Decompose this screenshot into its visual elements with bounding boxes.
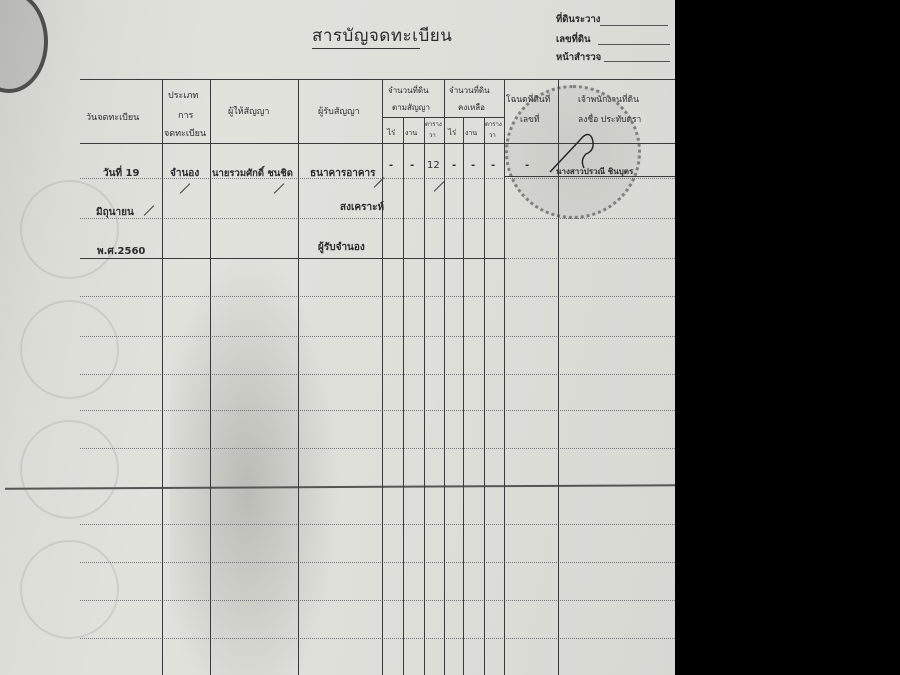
- header-contract-ngan: งาน: [405, 128, 417, 139]
- header-type-3: จดทะเบียน: [164, 126, 206, 140]
- row-divider: [80, 638, 675, 639]
- header-contract-sqwa-2: วา: [429, 130, 436, 140]
- header-contract-sqwa-1: ตาราง: [425, 119, 442, 129]
- column-divider: [463, 117, 464, 675]
- row-divider: [80, 562, 675, 563]
- meta-land-sheet-line: [600, 25, 668, 26]
- header-contract-rai: ไร่: [387, 126, 395, 139]
- header-grantee: ผู้รับสัญญา: [318, 104, 360, 118]
- entry-grantee-1: ธนาคารอาคาร: [310, 166, 376, 181]
- corner-official-stamp: [0, 0, 48, 93]
- header-type-1: ประเภท: [168, 88, 198, 102]
- column-divider: [210, 79, 211, 675]
- header-area-contract-1: จำนวนที่ดิน: [388, 84, 429, 97]
- entry-grantor: นายรวมศักดิ์ ชนชิด: [212, 166, 293, 181]
- column-divider: [382, 79, 383, 675]
- column-divider: [484, 117, 485, 675]
- entry-remaining-ngan: -: [471, 160, 475, 171]
- row-divider: [505, 258, 675, 259]
- meta-land-number-label: เลขที่ดิน: [556, 32, 591, 47]
- column-divider: [403, 117, 404, 675]
- row-divider: [80, 218, 675, 219]
- column-divider: [424, 117, 425, 675]
- hand-shadow: [170, 250, 340, 675]
- header-remaining-rai: ไร่: [448, 126, 456, 139]
- document-title: สารบัญจดทะเบียน: [312, 22, 452, 49]
- column-divider: [298, 79, 299, 675]
- row-divider: [80, 448, 675, 449]
- row-divider: [80, 524, 675, 525]
- check-tick: [180, 183, 191, 194]
- area-subheader-line: [382, 117, 504, 118]
- header-date: วันจดทะเบียน: [86, 110, 139, 124]
- table-top-border: [80, 79, 675, 80]
- meta-survey-page-line: [604, 61, 670, 62]
- entry-remaining-sqwa: -: [491, 160, 495, 171]
- column-divider: [504, 79, 505, 675]
- entry-grantee-3: ผู้รับจำนอง: [318, 240, 365, 255]
- header-area-contract-2: ตามสัญญา: [392, 101, 430, 114]
- column-divider: [444, 79, 445, 675]
- entry-contract-rai: -: [389, 160, 393, 171]
- check-tick: [274, 183, 285, 194]
- row-divider: [80, 336, 675, 337]
- header-type-2: การ: [178, 108, 193, 122]
- bleed-through-stamp: [20, 540, 119, 639]
- entry-type: จำนอง: [170, 166, 199, 181]
- row-divider: [80, 600, 675, 601]
- entry-date-day: วันที่ 19: [103, 166, 139, 181]
- row-divider: [80, 410, 675, 411]
- header-area-remaining-1: จำนวนที่ดิน: [449, 84, 490, 97]
- bleed-through-stamp: [20, 420, 119, 519]
- title-underline: [312, 48, 420, 49]
- header-grantor: ผู้ให้สัญญา: [228, 104, 269, 118]
- bleed-through-stamp: [20, 300, 119, 399]
- header-area-remaining-2: คงเหลือ: [458, 101, 485, 114]
- meta-survey-page-label: หน้าสำรวจ: [556, 50, 601, 65]
- row-divider: [80, 374, 675, 375]
- column-divider: [162, 79, 163, 675]
- check-tick: [144, 205, 155, 216]
- entry-deed-no: -: [525, 160, 529, 171]
- entry-remaining-rai: -: [452, 160, 456, 171]
- header-remaining-sqwa-2: วา: [489, 130, 496, 140]
- meta-land-number-line: [598, 44, 670, 45]
- header-remaining-ngan: งาน: [465, 128, 477, 139]
- bleed-through-stamp: [20, 180, 119, 279]
- row-divider: [80, 296, 675, 297]
- entry-date-month: มิถุนายน: [96, 205, 134, 220]
- header-remaining-sqwa-1: ตาราง: [485, 119, 502, 129]
- registration-document-page: สารบัญจดทะเบียน ที่ดินระวาง เลขที่ดิน หน…: [0, 0, 675, 675]
- entry-date-year: พ.ศ.2560: [97, 244, 145, 259]
- entry-grantee-2: สงเคราะห์: [340, 200, 384, 215]
- entry-contract-ngan: -: [410, 160, 414, 171]
- entry-contract-sqwa: 12: [427, 160, 440, 171]
- meta-land-sheet-label: ที่ดินระวาง: [556, 12, 600, 27]
- entry-officer-name: นางสาวปรวณี ชินบุตร: [556, 165, 633, 178]
- check-tick: [434, 181, 445, 192]
